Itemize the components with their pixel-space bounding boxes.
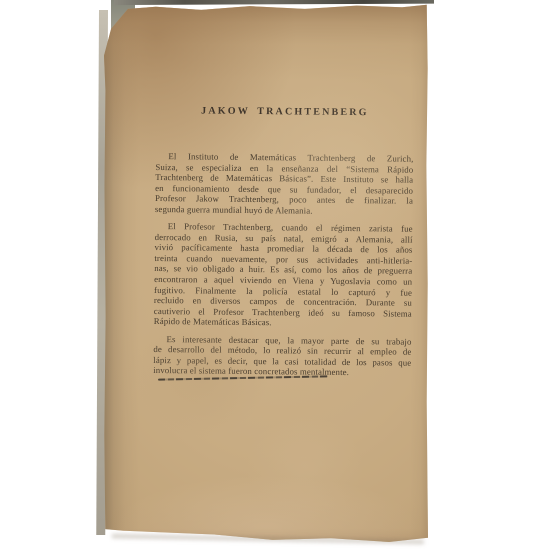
page-top-strip (114, 0, 434, 5)
scan-background: JAKOW TRACHTENBERG El Instituto de Matem… (0, 0, 550, 550)
book-page: JAKOW TRACHTENBERG El Instituto de Matem… (104, 4, 428, 542)
page-title: JAKOW TRACHTENBERG (156, 105, 414, 120)
paragraph-institute: El Instituto de Matemáticas Trachtenberg… (155, 151, 414, 217)
text-block: JAKOW TRACHTENBERG El Instituto de Matem… (153, 105, 414, 379)
paragraph-biography: El Profesor Trachtenberg, cuando el régi… (154, 221, 413, 329)
paragraph-method-note: Es interesante destacar que, la mayor pa… (153, 334, 411, 379)
